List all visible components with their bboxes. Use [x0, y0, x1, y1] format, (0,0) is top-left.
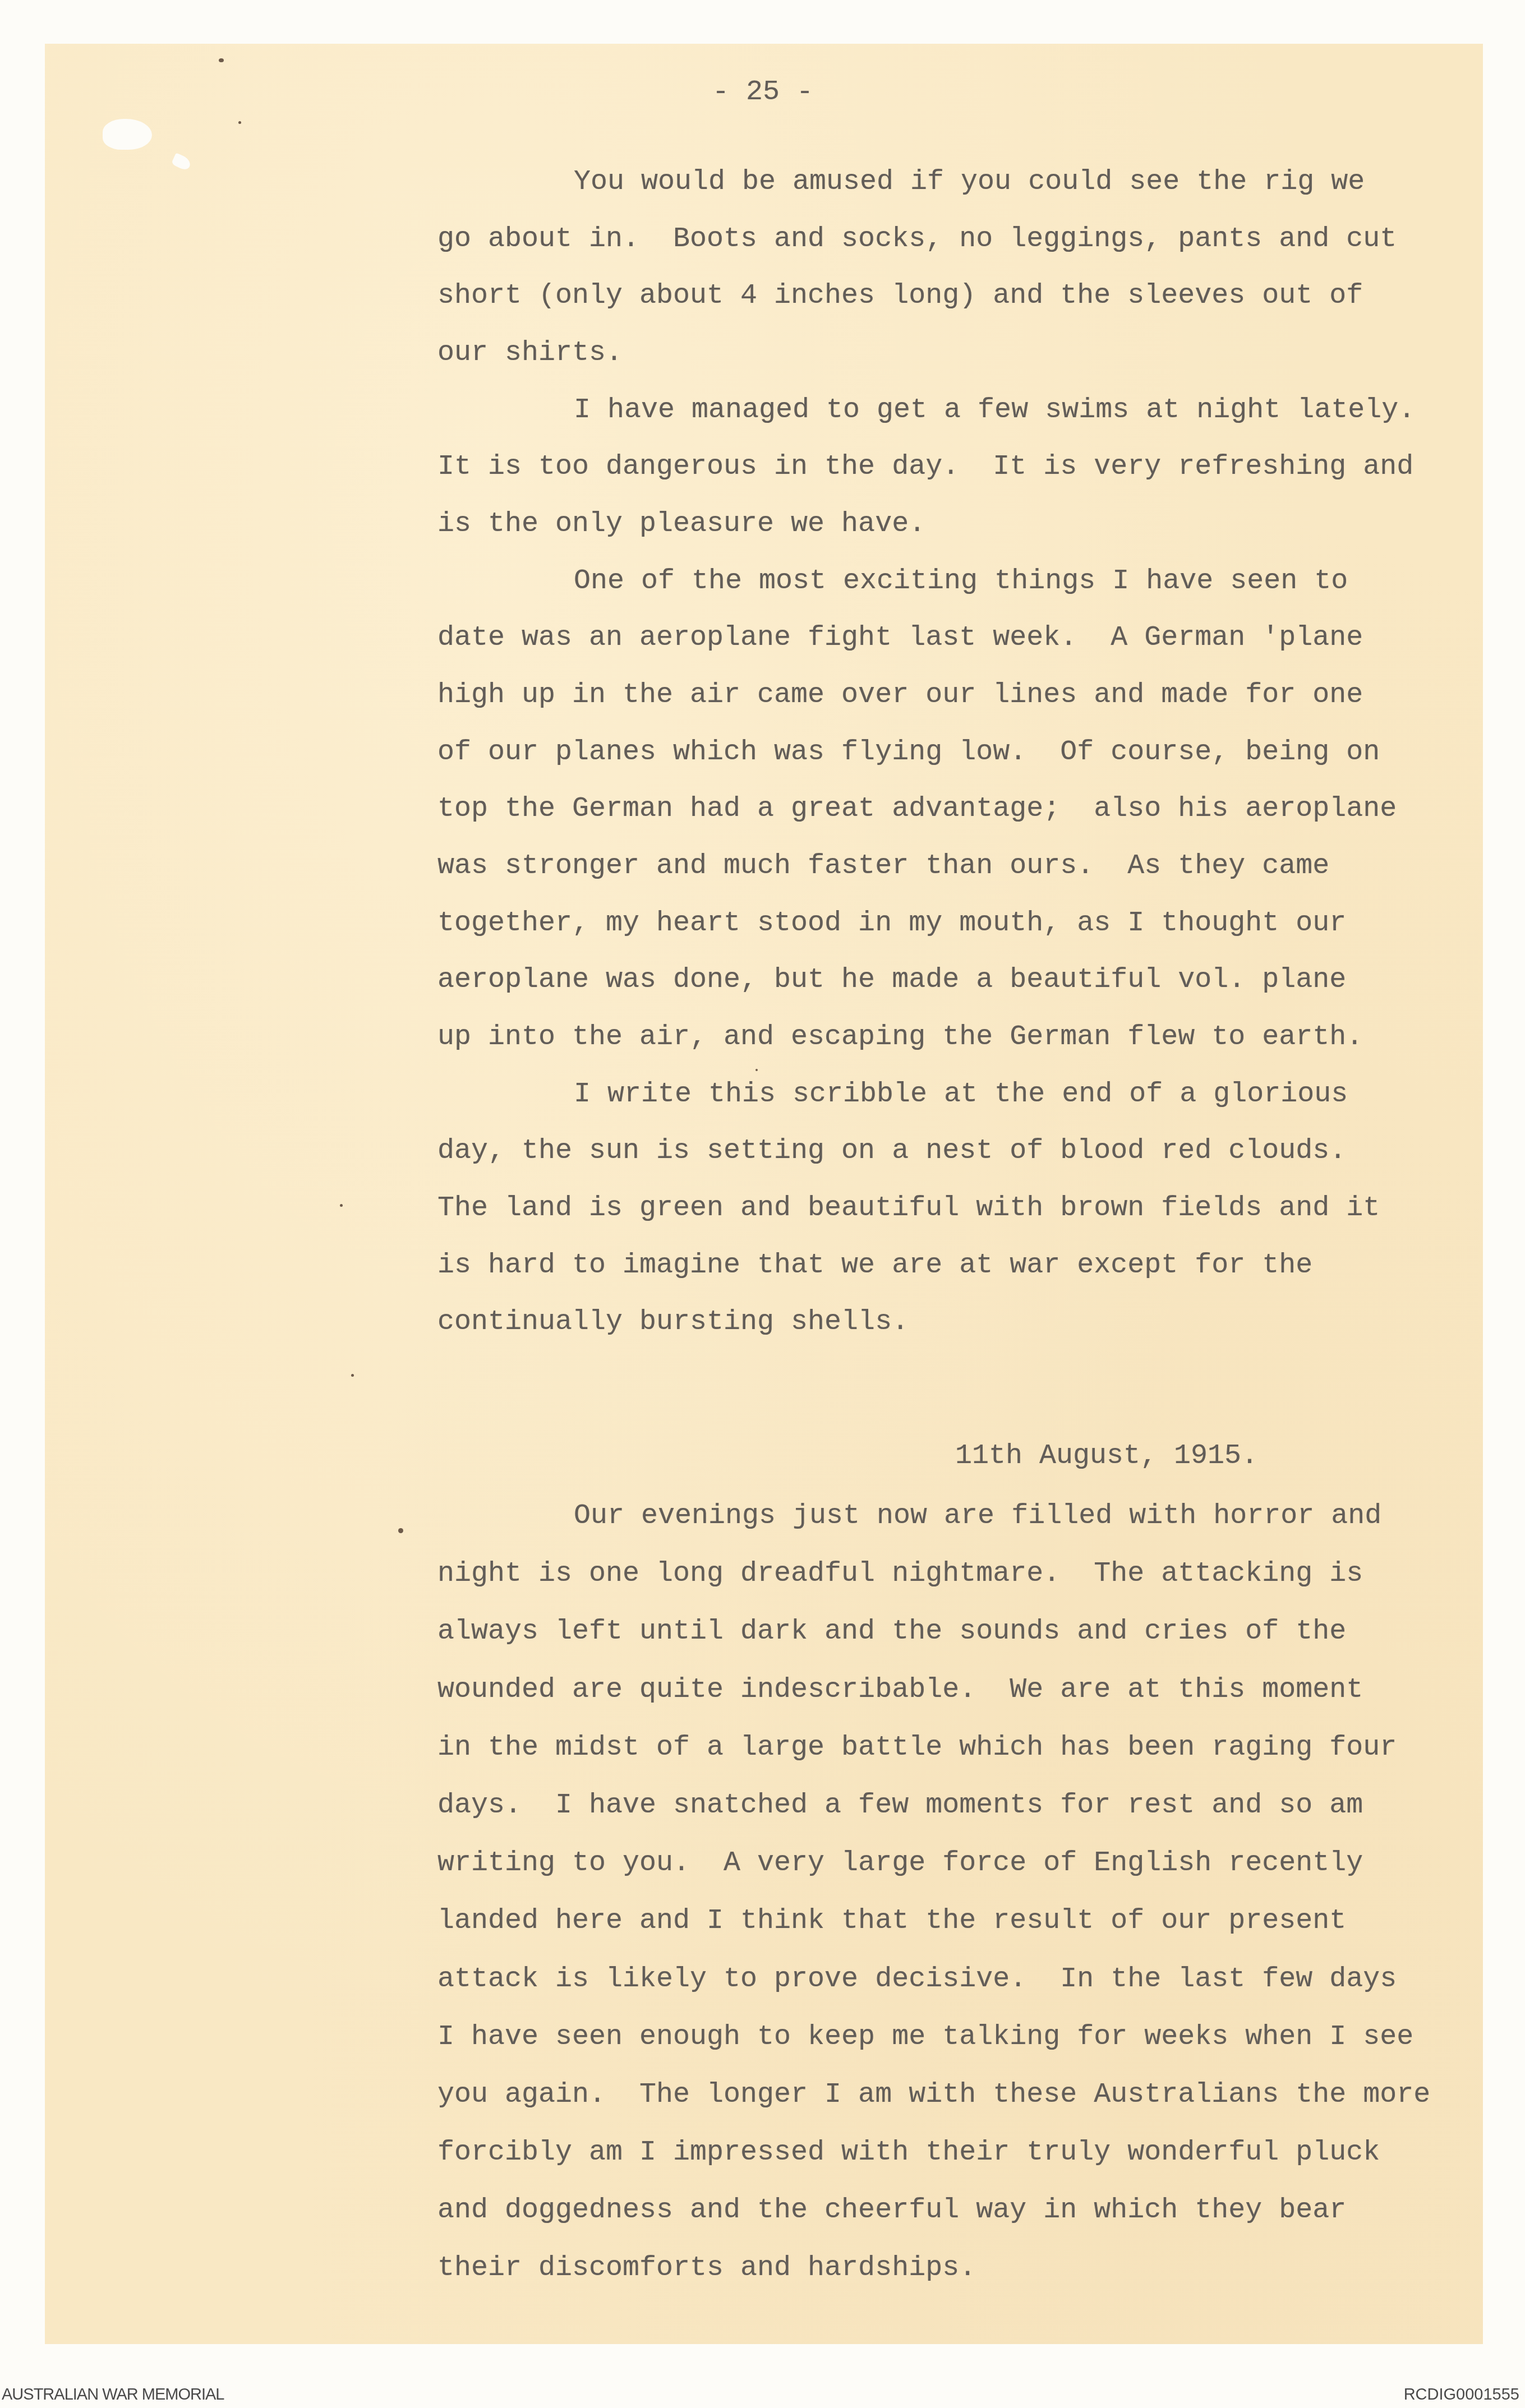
ink-speck: [351, 1374, 354, 1377]
text-line: days. I have snatched a few moments for …: [437, 1792, 1363, 1820]
text-line: of our planes which was flying low. Of c…: [437, 739, 1380, 767]
text-line: night is one long dreadful nightmare. Th…: [437, 1560, 1363, 1588]
text-line: It is too dangerous in the day. It is ve…: [437, 453, 1413, 481]
ink-speck: [398, 1528, 403, 1533]
date-heading: 11th August, 1915.: [955, 1442, 1258, 1470]
text-line: I have seen enough to keep me talking fo…: [437, 2023, 1413, 2051]
text-line: landed here and I think that the result …: [437, 1907, 1346, 1935]
paragraph-first-line: I write this scribble at the end of a gl…: [574, 1081, 1348, 1109]
paragraph-first-line: One of the most exciting things I have s…: [574, 568, 1348, 596]
text-line: together, my heart stood in my mouth, as…: [437, 910, 1346, 938]
text-line: day, the sun is setting on a nest of blo…: [437, 1137, 1346, 1165]
text-line: is the only pleasure we have.: [437, 510, 925, 538]
text-line: always left until dark and the sounds an…: [437, 1618, 1346, 1646]
text-line: go about in. Boots and socks, no legging…: [437, 225, 1397, 253]
paper-hole-large: [103, 119, 152, 150]
text-line: in the midst of a large battle which has…: [437, 1734, 1397, 1762]
text-line: you again. The longer I am with these Au…: [437, 2081, 1430, 2109]
text-line: high up in the air came over our lines a…: [437, 681, 1363, 709]
text-line: attack is likely to prove decisive. In t…: [437, 1966, 1397, 1994]
paragraph-first-line: I have managed to get a few swims at nig…: [574, 396, 1415, 425]
text-line: aeroplane was done, but he made a beauti…: [437, 966, 1346, 994]
text-line: The land is green and beautiful with bro…: [437, 1194, 1380, 1223]
ink-speck: [238, 121, 241, 124]
text-line: our shirts.: [437, 339, 623, 367]
text-line: up into the air, and escaping the German…: [437, 1023, 1363, 1051]
text-line: their discomforts and hardships.: [437, 2254, 976, 2282]
text-line: and doggedness and the cheerful way in w…: [437, 2197, 1346, 2225]
text-line: forcibly am I impressed with their truly…: [437, 2139, 1380, 2167]
text-line: date was an aeroplane fight last week. A…: [437, 624, 1363, 652]
text-line: writing to you. A very large force of En…: [437, 1849, 1363, 1877]
text-line: is hard to imagine that we are at war ex…: [437, 1252, 1312, 1280]
institution-caption: AUSTRALIAN WAR MEMORIAL: [2, 2384, 224, 2405]
text-line: short (only about 4 inches long) and the…: [437, 282, 1363, 310]
paragraph-first-line: You would be amused if you could see the…: [574, 168, 1365, 196]
ink-speck: [219, 58, 224, 62]
ink-speck: [755, 1069, 758, 1071]
paragraph-first-line: Our evenings just now are filled with ho…: [574, 1502, 1381, 1530]
ink-speck: [340, 1204, 343, 1207]
text-line: top the German had a great advantage; al…: [437, 795, 1397, 823]
text-line: wounded are quite indescribable. We are …: [437, 1676, 1363, 1704]
text-line: continually bursting shells.: [437, 1308, 909, 1336]
page-number: - 25 -: [712, 79, 813, 107]
text-line: was stronger and much faster than ours. …: [437, 852, 1329, 880]
record-id-caption: RCDIG0001555: [1404, 2384, 1519, 2405]
